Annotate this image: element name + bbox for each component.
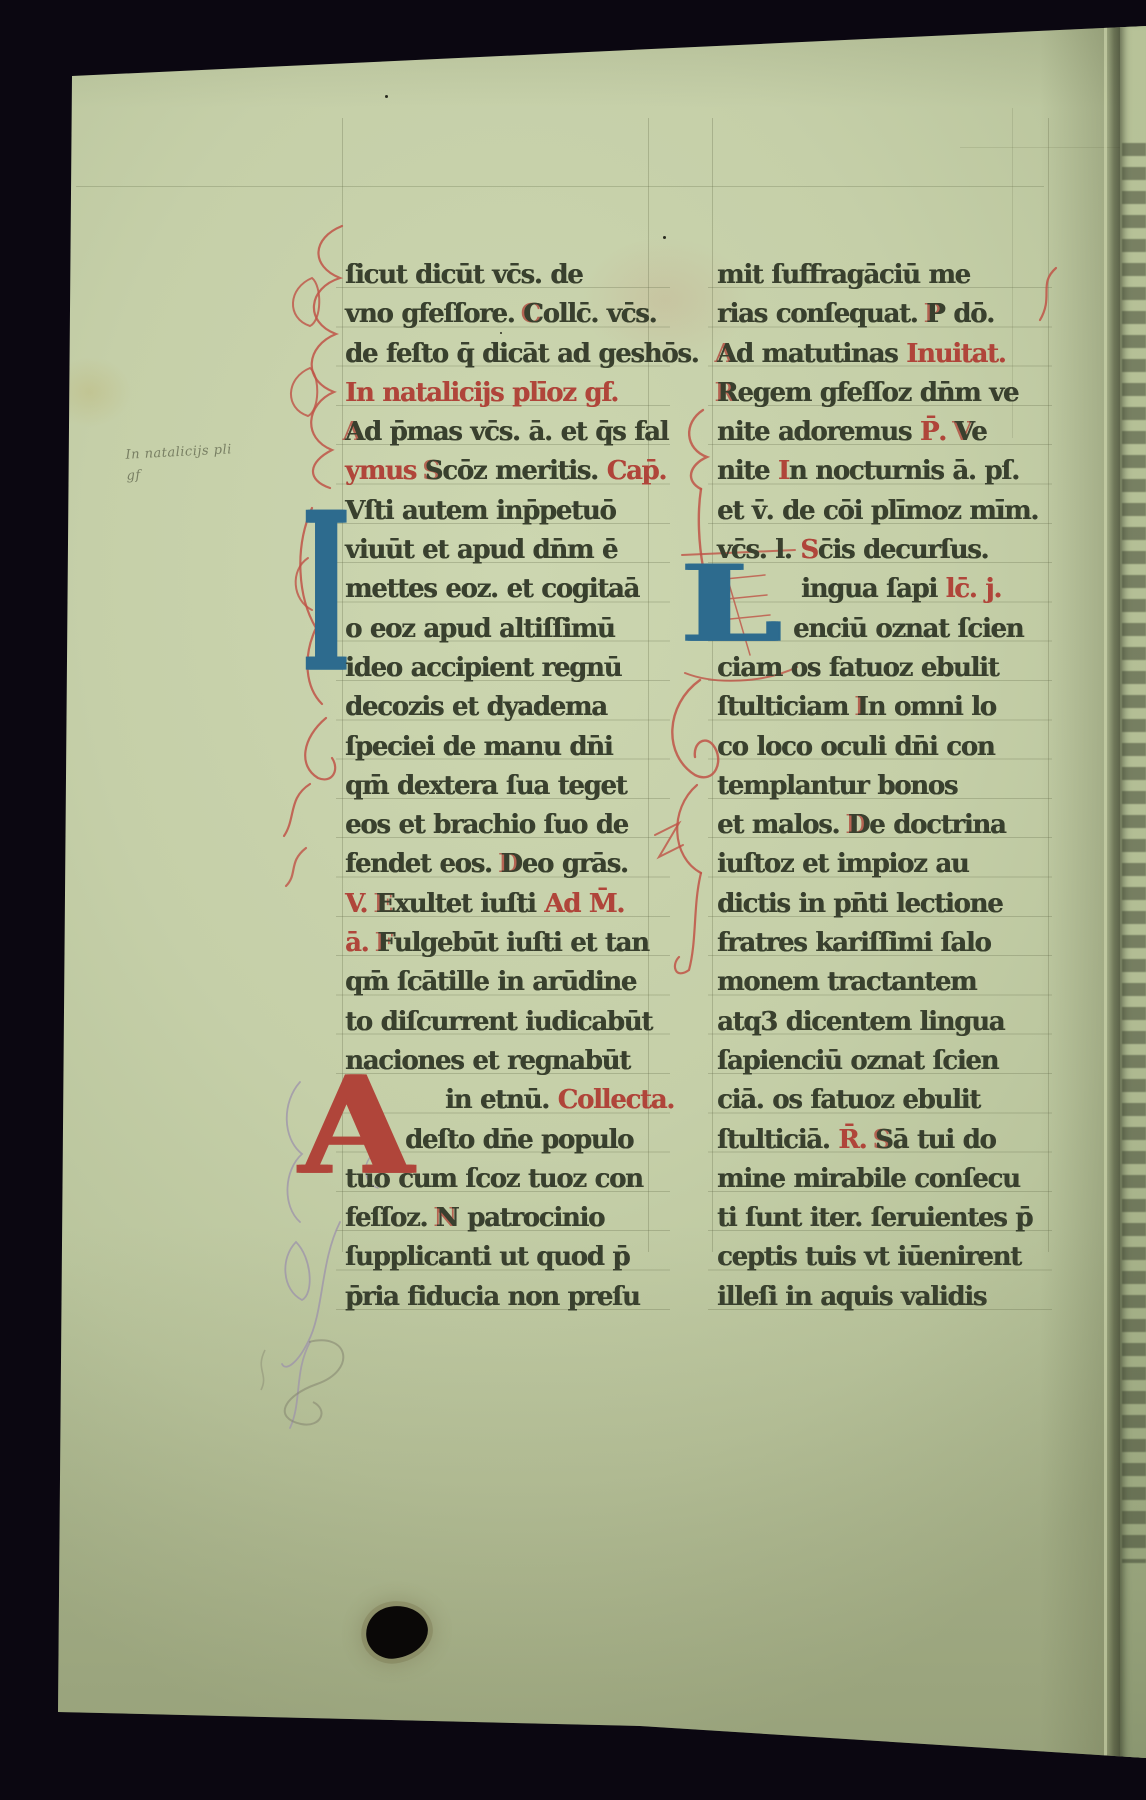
text-line: nite adoremus P̄. Ve — [717, 413, 1038, 452]
parchment-hole — [363, 1602, 432, 1662]
text-segment: ā tui do — [893, 1125, 996, 1155]
text-segment: co loco oculi dn̄i con — [717, 732, 994, 762]
text-line: V. Exultet iuſti Ad M̄. — [345, 885, 698, 924]
text-line: ymus Scōz meritis. Cap̄. — [345, 452, 698, 491]
text-line: Ad matutinas Inuitat. — [717, 335, 1038, 374]
text-segment: naciones et regnabūt — [345, 1046, 630, 1076]
text-line: et malos. De doctrina — [717, 806, 1038, 845]
text-segment: nite — [717, 456, 778, 486]
text-segment: o eoz apud altiſſimū — [345, 614, 615, 644]
text-segment: P̄. — [920, 417, 955, 447]
text-line: In natalicijs plīoz gf. — [345, 374, 698, 413]
text-line: o eoz apud altiſſimū — [345, 610, 698, 649]
text-segment: Vſti autem inp̄petuō — [345, 496, 615, 526]
text-line: fendet eos. Deo grās. — [345, 845, 698, 884]
text-line: et v̄. de cōi plīmoz mīm. — [717, 492, 1038, 531]
text-segment: Inuitat. — [906, 339, 1005, 369]
text-segment: n nocturnis ā. pſ. — [789, 456, 1019, 486]
text-line: fratres kariſſimi ſalo — [717, 924, 1038, 963]
text-segment: F — [377, 928, 394, 958]
text-line: ſapienciū oznat ſcien — [717, 1042, 1038, 1081]
text-segment: fratres kariſſimi ſalo — [717, 928, 990, 958]
illuminated-initial-i: I — [303, 486, 349, 705]
text-line: qm̄ ſcātille in arūdine — [345, 963, 698, 1002]
text-segment: Ad M̄. — [544, 889, 624, 919]
text-line: ſpeciei de manu dn̄i — [345, 728, 698, 767]
text-line: nite In nocturnis ā. pſ. — [717, 452, 1038, 491]
text-segment: feſſoz. — [345, 1203, 436, 1233]
text-line: tuo cum ſcoz tuoz con — [345, 1160, 698, 1199]
text-line: ideo accipient regnū — [345, 649, 698, 688]
text-segment: in etnū. — [445, 1085, 558, 1115]
text-line: enciū oznat ſcien — [717, 610, 1038, 649]
margin-annotation: In natalicijs pli gf — [125, 439, 234, 487]
text-segment: In natalicijs plīoz gf. — [345, 378, 618, 408]
text-segment: A — [717, 339, 736, 369]
text-segment: tuo cum ſcoz tuoz con — [345, 1164, 643, 1194]
text-line: feſſoz. N patrocinio — [345, 1199, 698, 1238]
text-segment: et v̄. de cōi plīmoz mīm. — [717, 496, 1038, 526]
text-line: ingua ſapi lc̄. j. — [717, 570, 1038, 609]
text-segment: deſto dn̄e populo — [405, 1125, 633, 1155]
text-line: ciam os fatuoz ebulit — [717, 649, 1038, 688]
text-line: monem tractantem — [717, 963, 1038, 1002]
text-line: ſicut dicūt vc̄s. de — [345, 256, 698, 295]
ink-speck — [385, 95, 388, 98]
text-segment: V — [955, 417, 972, 447]
text-segment: egem gfeſſoz dn̄m ve — [737, 378, 1018, 408]
text-line: ſtulticiā. R̄. Sā tui do — [717, 1121, 1038, 1160]
text-line: vno gfeſſore. Collc̄. vc̄s. — [345, 295, 698, 334]
text-segment: ſtulticiā. — [717, 1125, 838, 1155]
left-text-column: ſicut dicūt vc̄s. devno gfeſſore. Collc̄… — [345, 256, 698, 1317]
text-segment: R̄. — [838, 1125, 875, 1155]
text-segment: R — [717, 378, 737, 408]
text-line: mine mirabile conſecu — [717, 1160, 1038, 1199]
text-segment: N — [436, 1203, 458, 1233]
text-segment: viuūt et apud dn̄m ē — [345, 535, 617, 565]
text-line: deſto dn̄e populo — [345, 1121, 698, 1160]
parchment-page: I L A ſicut dicūt vc̄s. devno gfeſſore. … — [0, 0, 1146, 1800]
text-segment: E — [376, 889, 395, 919]
text-segment: ciam os fatuoz ebulit — [717, 653, 998, 683]
text-segment: eo grās. — [522, 849, 628, 879]
text-segment: S — [875, 1125, 892, 1155]
text-line: illeſi in aquis validis — [717, 1278, 1038, 1317]
text-segment: ulgebūt iuſti et tan — [394, 928, 649, 958]
text-segment: D — [500, 849, 521, 879]
text-segment: qm̄ ſcātille in arūdine — [345, 967, 636, 997]
text-segment: patrocinio — [458, 1203, 604, 1233]
text-line: to diſcurrent iudicabūt — [345, 1003, 698, 1042]
text-line: rias conſequat. P dō. — [717, 295, 1038, 334]
text-segment: fendet eos. — [345, 849, 500, 879]
text-segment: P — [926, 299, 944, 329]
text-segment: nite adoremus — [717, 417, 920, 447]
text-segment: cōz meritis. — [442, 456, 606, 486]
text-line: templantur bonos — [717, 767, 1038, 806]
text-segment: to diſcurrent iudicabūt — [345, 1007, 652, 1037]
text-segment: n omni lo — [868, 692, 996, 722]
text-segment: templantur bonos — [717, 771, 957, 801]
text-segment: C — [523, 299, 542, 329]
page-edge-shadow — [1107, 24, 1120, 1760]
text-segment: I — [857, 692, 868, 722]
text-line: Ad p̄mas vc̄s. ā. et q̄s fal — [345, 413, 698, 452]
text-line: eos et brachio ſuo de — [345, 806, 698, 845]
text-segment: p̄ria fiducia non preſu — [345, 1282, 640, 1312]
text-line: Vſti autem inp̄petuō — [345, 492, 698, 531]
text-segment: c̄is decurſus. — [818, 535, 988, 565]
text-line: ciā. os fatuoz ebulit — [717, 1081, 1038, 1120]
ink-speck — [500, 332, 502, 334]
text-segment: ſapienciū oznat ſcien — [717, 1046, 998, 1076]
text-segment: I — [778, 456, 789, 486]
text-segment: rias conſequat. — [717, 299, 926, 329]
text-segment: lc̄. j. — [946, 574, 1001, 604]
text-segment: V. — [345, 889, 376, 919]
text-segment: Cap̄. — [607, 456, 667, 486]
text-segment: vc̄s. l. — [717, 535, 800, 565]
text-line: viuūt et apud dn̄m ē — [345, 531, 698, 570]
text-line: ſtulticiam In omni lo — [717, 688, 1038, 727]
text-line: naciones et regnabūt — [345, 1042, 698, 1081]
text-segment: xultet iuſti — [394, 889, 544, 919]
text-segment: ſicut dicūt vc̄s. de — [345, 260, 582, 290]
text-line: Regem gfeſſoz dn̄m ve — [717, 374, 1038, 413]
manuscript-photo: I L A ſicut dicūt vc̄s. devno gfeſſore. … — [0, 0, 1146, 1800]
text-segment: vno gfeſſore. — [345, 299, 523, 329]
text-line: ti ſunt iter. ſeruientes p̄ — [717, 1199, 1038, 1238]
text-segment: atq3 dicentem lingua — [717, 1007, 1004, 1037]
text-line: ceptis tuis vt iūenirent — [717, 1238, 1038, 1277]
text-line: mit ſuffragāciū me — [717, 256, 1038, 295]
text-line: p̄ria fiducia non preſu — [345, 1278, 698, 1317]
text-line: iuſtoz et impioz au — [717, 845, 1038, 884]
text-line: vc̄s. l. Sc̄is decurſus. — [717, 531, 1038, 570]
text-segment: e doctrina — [869, 810, 1005, 840]
text-segment: dictis in pn̄ti lectione — [717, 889, 1002, 919]
text-line: atq3 dicentem lingua — [717, 1003, 1038, 1042]
text-line: dictis in pn̄ti lectione — [717, 885, 1038, 924]
ruling-line — [76, 186, 1044, 187]
text-segment: decozis et dyadema — [345, 692, 607, 722]
text-line: mettes eoz. et cogitaā — [345, 570, 698, 609]
text-segment: illeſi in aquis validis — [717, 1282, 986, 1312]
text-segment: mit ſuffragāciū me — [717, 260, 970, 290]
text-segment: eos et brachio ſuo de — [345, 810, 628, 840]
text-segment: et malos. — [717, 810, 848, 840]
text-segment: mettes eoz. et cogitaā — [345, 574, 639, 604]
text-segment: ollc̄. vc̄s. — [543, 299, 657, 329]
text-segment: monem tractantem — [717, 967, 976, 997]
text-segment: mine mirabile conſecu — [717, 1164, 1020, 1194]
text-segment: ti ſunt iter. ſeruientes p̄ — [717, 1203, 1032, 1233]
text-line: ā. Fulgebūt iuſti et tan — [345, 924, 698, 963]
text-segment: ceptis tuis vt iūenirent — [717, 1242, 1021, 1272]
text-line: qm̄ dextera ſua teget — [345, 767, 698, 806]
text-line: in etnū. Collecta. — [345, 1081, 698, 1120]
text-segment: D — [848, 810, 869, 840]
text-segment: ſtulticiam — [717, 692, 857, 722]
text-segment: ingua ſapi — [801, 574, 946, 604]
text-segment: d matutinas — [736, 339, 906, 369]
text-segment: S — [425, 456, 442, 486]
text-line: ſupplicanti ut quod p̄ — [345, 1238, 698, 1277]
text-segment: ſupplicanti ut quod p̄ — [345, 1242, 629, 1272]
text-line: co loco oculi dn̄i con — [717, 728, 1038, 767]
text-segment: ſpeciei de manu dn̄i — [345, 732, 612, 762]
text-segment: enciū oznat ſcien — [793, 614, 1023, 644]
text-line: decozis et dyadema — [345, 688, 698, 727]
text-segment: ideo accipient regnū — [345, 653, 621, 683]
next-folio-text-showthrough — [1122, 143, 1146, 1563]
text-segment: dō. — [944, 299, 993, 329]
text-segment: iuſtoz et impioz au — [717, 849, 968, 879]
text-line: de feſto q̄ dicāt ad geshōs. — [345, 335, 698, 374]
right-text-column: mit ſuffragāciū merias conſequat. P dō.A… — [717, 256, 1038, 1317]
text-segment: e — [971, 417, 986, 447]
text-segment: qm̄ dextera ſua teget — [345, 771, 626, 801]
text-segment: ciā. os fatuoz ebulit — [717, 1085, 980, 1115]
text-segment: de feſto q̄ dicāt ad geshōs. — [345, 339, 698, 369]
text-segment: Collecta. — [558, 1085, 674, 1115]
text-segment: ymus — [345, 456, 425, 486]
text-segment: S — [800, 535, 817, 565]
ink-speck — [60, 876, 65, 878]
ink-speck — [663, 236, 666, 239]
text-segment: d p̄mas vc̄s. ā. et q̄s fal — [364, 417, 668, 447]
text-segment: ā. — [345, 928, 377, 958]
text-segment: A — [345, 417, 364, 447]
